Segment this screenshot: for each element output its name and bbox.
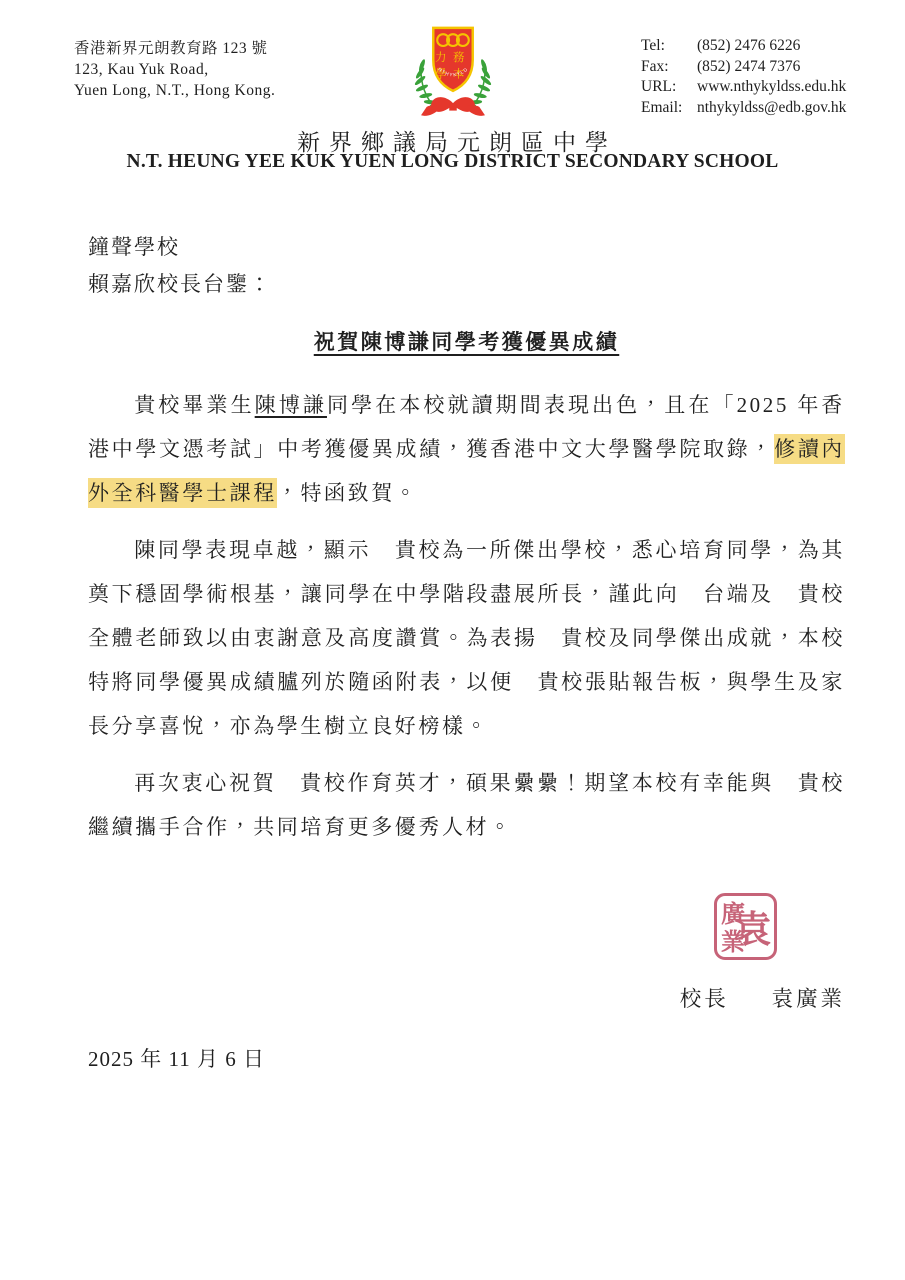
school-crest-icon: 力務 學本 NTHYKYLDSS [406, 24, 500, 122]
ribbon [421, 97, 485, 116]
fax-value: (852) 2474 7376 [697, 57, 800, 78]
tel-value: (852) 2476 6226 [697, 36, 800, 57]
url-value: www.nthykyldss.edu.hk [697, 77, 846, 98]
fax-label: Fax: [641, 57, 697, 78]
tel-label: Tel: [641, 36, 697, 57]
contact-row-url: URL: www.nthykyldss.edu.hk [641, 77, 846, 98]
para-1-segment-normal: 貴校畢業生 [134, 393, 254, 417]
para-1: 貴校畢業生陳博謙同學在本校就讀期間表現出色，且在「2025 年香港中學文憑考試」… [88, 383, 845, 515]
address-line-zh: 香港新界元朗教育路 123 號 [74, 38, 275, 59]
school-address: 香港新界元朗教育路 123 號 123, Kau Yuk Road, Yuen … [74, 38, 275, 101]
para-2: 陳同學表現卓越，顯示 貴校為一所傑出學校，悉心培育同學，為其奠下穩固學術根基，讓… [88, 528, 845, 748]
signature-name: 袁廣業 [771, 987, 845, 1011]
letter-body: 鐘聲學校 賴嘉欣校長台鑒： 祝賀陳博謙同學考獲優異成績 貴校畢業生陳博謙同學在本… [0, 230, 905, 1076]
email-value: nthykyldss@edb.gov.hk [697, 98, 846, 119]
signature-block: 袁 廣 業 校長 袁廣業 [88, 893, 845, 1016]
school-crest-logo: 力務 學本 NTHYKYLDSS [406, 24, 500, 127]
signature-line: 校長 袁廣業 [88, 982, 845, 1016]
principal-seal-stamp: 袁 廣 業 [714, 893, 777, 960]
letter-date: 2025 年 11 月 6 日 [88, 1042, 845, 1076]
contact-row-fax: Fax: (852) 2474 7376 [641, 57, 846, 78]
url-label: URL: [641, 77, 697, 98]
recipient-school: 鐘聲學校 [88, 230, 845, 264]
contact-row-tel: Tel: (852) 2476 6226 [641, 36, 846, 57]
para-1-segment-normal: ，特函致賀。 [277, 481, 419, 505]
letter-page: 香港新界元朗教育路 123 號 123, Kau Yuk Road, Yuen … [0, 0, 905, 1280]
para-3: 再次衷心祝賀 貴校作育英才，碩果纍纍！期望本校有幸能與 貴校繼續攜手合作，共同培… [88, 761, 845, 849]
address-line-en2: Yuen Long, N.T., Hong Kong. [74, 80, 275, 101]
seal-row: 袁 廣 業 [88, 893, 845, 960]
address-line-en1: 123, Kau Yuk Road, [74, 59, 275, 80]
contact-row-email: Email: nthykyldss@edb.gov.hk [641, 98, 846, 119]
school-name-en: N.T. HEUNG YEE KUK YUEN LONG DISTRICT SE… [0, 151, 905, 173]
contact-info: Tel: (852) 2476 6226 Fax: (852) 2474 737… [641, 36, 846, 118]
para-1-segment-underline: 陳博謙 [255, 393, 327, 417]
email-label: Email: [641, 98, 697, 119]
letterhead: 香港新界元朗教育路 123 號 123, Kau Yuk Road, Yuen … [0, 0, 905, 196]
subject-row: 祝賀陳博謙同學考獲優異成績 [88, 325, 845, 359]
signature-title: 校長 [680, 987, 729, 1011]
salutation: 賴嘉欣校長台鑒： [88, 267, 845, 301]
subject-line: 祝賀陳博謙同學考獲優異成績 [314, 330, 620, 354]
crest-motto-row1: 力務 [435, 50, 471, 64]
seal-char-bottom-left: 業 [721, 922, 745, 957]
